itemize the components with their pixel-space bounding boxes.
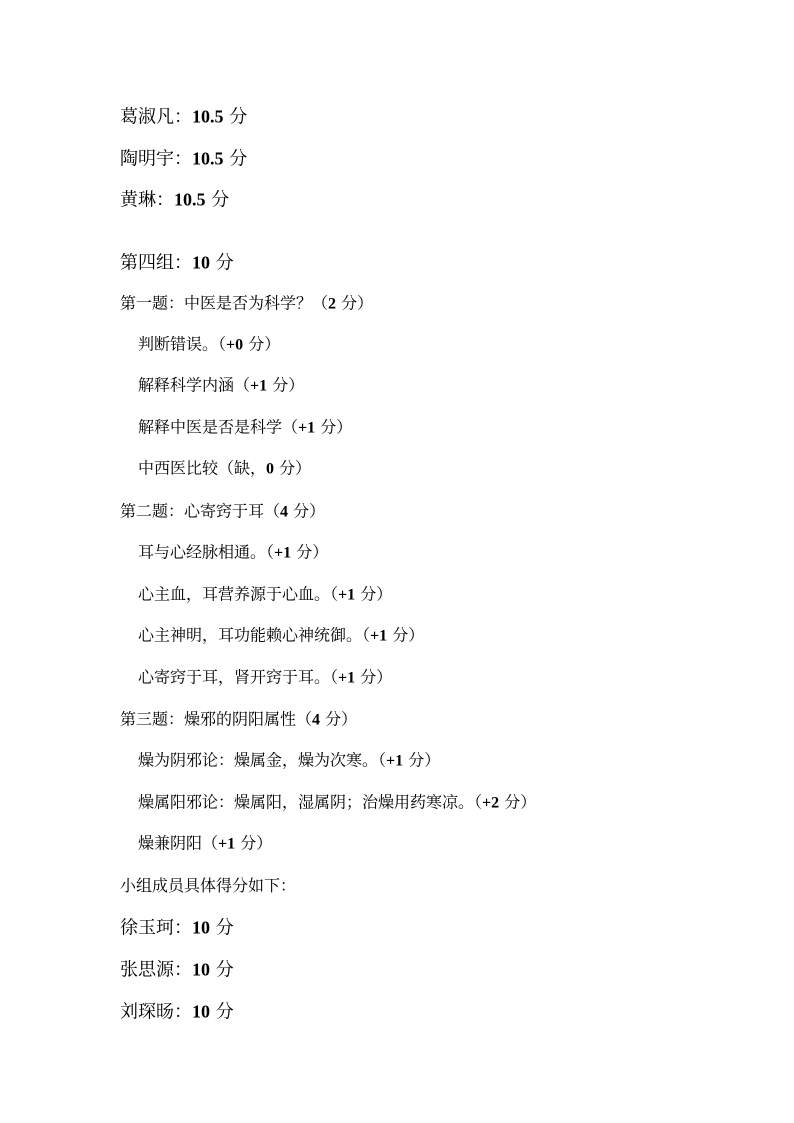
criterion-points: +1 — [338, 587, 355, 604]
member-score-line: 陶明宇：10.5 分 — [120, 150, 247, 169]
question-heading: 第二题：心寄窍于耳（4 分） — [120, 504, 325, 521]
criterion-text: 心主神明，耳功能赖心神统御。（ — [138, 626, 370, 645]
member-score-line: 刘琛旸：10 分 — [120, 1003, 234, 1022]
criterion-points: +1 — [274, 545, 291, 562]
criterion-points: +2 — [482, 795, 499, 812]
member-score-line: 张思源：10 分 — [120, 961, 234, 980]
criterion-end: 分） — [274, 459, 311, 478]
question-title: 第一题：中医是否为科学？（ — [120, 294, 328, 313]
criterion-end: 分） — [235, 834, 272, 853]
member-name: 黄琳 — [120, 190, 156, 211]
criterion-end: 分） — [291, 543, 328, 562]
criterion-item: 燥属阳邪论：燥属阳，湿属阴；治燥用药寒凉。（+2 分） — [138, 795, 536, 812]
criterion-item: 解释科学内涵（+1 分） — [138, 378, 304, 395]
score-unit: 分 — [224, 149, 248, 170]
criterion-end: 分） — [267, 376, 304, 395]
member-name: 葛淑凡 — [120, 107, 174, 128]
question-title: 第二题：心寄窍于耳（ — [120, 502, 280, 521]
question-points: 4 — [312, 712, 320, 729]
question-title-end: 分） — [320, 710, 357, 729]
criterion-points: +0 — [226, 337, 243, 354]
criterion-item: 燥兼阴阳（+1 分） — [138, 836, 272, 853]
criterion-item: 解释中医是否是科学（+1 分） — [138, 420, 352, 437]
criterion-text: 心主血，耳营养源于心血。（ — [138, 585, 338, 604]
question-points: 2 — [328, 296, 336, 313]
question-points: 4 — [280, 504, 288, 521]
score-unit: 分 — [210, 1002, 234, 1023]
member-score: 10.5 — [174, 190, 206, 210]
criterion-points: +1 — [250, 378, 267, 395]
separator: ： — [174, 918, 192, 939]
score-unit: 分 — [210, 918, 234, 939]
member-name: 张思源 — [120, 960, 174, 981]
member-name: 刘琛旸 — [120, 1002, 174, 1023]
member-score: 10 — [192, 1002, 210, 1022]
member-score: 10 — [192, 918, 210, 938]
criterion-item: 燥为阴邪论：燥属金，燥为次寒。（+1 分） — [138, 753, 440, 770]
criterion-points: 0 — [266, 461, 274, 478]
separator: ： — [174, 960, 192, 981]
criterion-points: +1 — [298, 420, 315, 437]
separator: ： — [174, 253, 192, 274]
criterion-end: 分） — [403, 751, 440, 770]
criterion-text: 燥属阳邪论：燥属阳，湿属阴；治燥用药寒凉。（ — [138, 793, 482, 812]
criterion-end: 分） — [387, 626, 424, 645]
member-score: 10.5 — [192, 149, 224, 169]
criterion-end: 分） — [499, 793, 536, 812]
separator: ： — [156, 190, 174, 211]
question-title-end: 分） — [288, 502, 325, 521]
criterion-item: 心寄窍于耳，肾开窍于耳。（+1 分） — [138, 670, 392, 687]
criterion-points: +1 — [218, 836, 235, 853]
criterion-item: 中西医比较（缺，0 分） — [138, 461, 311, 478]
question-heading: 第三题：燥邪的阴阳属性（4 分） — [120, 712, 357, 729]
question-title: 第三题：燥邪的阴阳属性（ — [120, 710, 312, 729]
group-score: 10 — [192, 253, 210, 273]
separator: ： — [174, 149, 192, 170]
member-score-line: 徐玉珂：10 分 — [120, 919, 234, 938]
criterion-text: 心寄窍于耳，肾开窍于耳。（ — [138, 668, 338, 687]
criterion-points: +1 — [338, 670, 355, 687]
criterion-text: 耳与心经脉相通。（ — [138, 543, 274, 562]
member-name: 徐玉珂 — [120, 918, 174, 939]
criterion-points: +1 — [370, 628, 387, 645]
criterion-text: 解释科学内涵（ — [138, 376, 250, 395]
member-score-line: 葛淑凡：10.5 分 — [120, 108, 247, 127]
question-heading: 第一题：中医是否为科学？（2 分） — [120, 296, 373, 313]
criterion-text: 燥兼阴阳（ — [138, 834, 218, 853]
criterion-end: 分） — [355, 668, 392, 687]
group-title: 第四组 — [120, 253, 174, 274]
criterion-end: 分） — [315, 418, 352, 437]
member-score: 10.5 — [192, 107, 224, 127]
criterion-item: 判断错误。（+0 分） — [138, 337, 280, 354]
criterion-end: 分） — [355, 585, 392, 604]
criterion-end: 分） — [243, 335, 280, 354]
score-unit: 分 — [210, 960, 234, 981]
separator: ： — [174, 107, 192, 128]
criterion-text: 中西医比较（缺， — [138, 459, 266, 478]
member-score-line: 黄琳：10.5 分 — [120, 191, 229, 210]
criterion-text: 判断错误。（ — [138, 335, 226, 354]
criterion-item: 耳与心经脉相通。（+1 分） — [138, 545, 328, 562]
score-unit: 分 — [210, 253, 234, 274]
criterion-text: 解释中医是否是科学（ — [138, 418, 298, 437]
member-name: 陶明宇 — [120, 149, 174, 170]
members-intro: 小组成员具体得分如下： — [120, 878, 296, 894]
criterion-points: +1 — [386, 753, 403, 770]
group-heading: 第四组：10 分 — [120, 254, 234, 273]
criterion-text: 燥为阴邪论：燥属金，燥为次寒。（ — [138, 751, 386, 770]
score-unit: 分 — [224, 107, 248, 128]
criterion-item: 心主血，耳营养源于心血。（+1 分） — [138, 587, 392, 604]
member-score: 10 — [192, 960, 210, 980]
question-title-end: 分） — [336, 294, 373, 313]
score-unit: 分 — [206, 190, 230, 211]
criterion-item: 心主神明，耳功能赖心神统御。（+1 分） — [138, 628, 424, 645]
separator: ： — [174, 1002, 192, 1023]
